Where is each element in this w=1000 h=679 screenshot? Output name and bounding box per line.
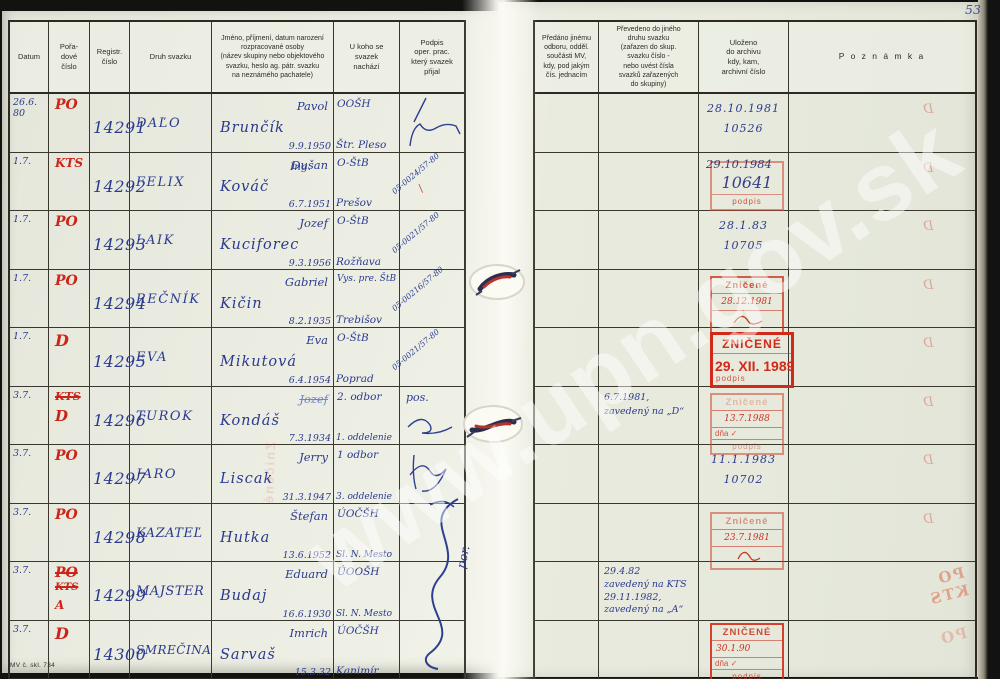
cell-podpis: 05-0021/57-80 xyxy=(400,211,464,269)
file-kind: PO xyxy=(55,448,78,464)
cell-datum: 3.7. xyxy=(10,621,49,679)
cell-podpis: 05-0024/57-80 ⁄ xyxy=(400,153,464,211)
holder-unit: ÚOOŠH xyxy=(337,566,379,578)
archive-entry: 28.1.83 10705 xyxy=(699,216,788,256)
stamp-signature xyxy=(714,311,780,327)
signature-scribble xyxy=(400,94,462,151)
table-row: 1.7. PO 14294 REČNÍK Kičin Gabriel 8.2.1… xyxy=(10,270,464,329)
print-through-ghost: D xyxy=(923,395,933,410)
code-name: KAZATEĽ xyxy=(136,526,203,541)
cell-ukoho: 2. odbor 1. oddelenie xyxy=(334,387,400,445)
file-kind: D xyxy=(55,407,68,425)
cell-poznamka: D xyxy=(789,153,975,211)
surname: Mikutová xyxy=(220,354,297,370)
col-header-jmeno: Jméno, příjmení, datum narození rozpraco… xyxy=(212,22,334,92)
cell-registr: 14298 xyxy=(90,504,130,562)
stamp-date: 30.1.90 xyxy=(712,640,782,658)
cell-datum: 1.7. xyxy=(10,211,49,269)
file-kind: KTS xyxy=(55,156,83,170)
cell-poznamka: D xyxy=(789,504,975,562)
file-kind: D xyxy=(55,624,69,643)
cell-registr: 14297 xyxy=(90,445,130,503)
table-row: 1.7. PO 14293 LAIK Kuciforec Jozef 9.3.1… xyxy=(10,211,464,270)
stamp-podpis-label: podpis xyxy=(712,670,782,679)
print-through-ghost: D xyxy=(923,512,933,527)
table-row: ZNIČENÉ 30.1.90 dňa ✓ podpis PO xyxy=(535,621,975,679)
table-row: 29.10.1984 10641 podpis D xyxy=(535,153,975,212)
col-header-ulozeno: Uloženo do archivu kdy, kam, archivní čí… xyxy=(699,22,789,92)
col-header-poradove: Pořa- dové číslo xyxy=(49,22,90,92)
binding-hole-bottom xyxy=(462,402,524,451)
cell-ukoho: ÚOČŠH Kanimír xyxy=(334,621,400,679)
cell-poznamka: D xyxy=(789,94,975,152)
cell-jmeno: Mikutová Eva 6.4.1954 xyxy=(212,328,334,386)
birth-date: 8.2.1935 xyxy=(289,316,331,327)
cell-jmeno: Sarvaš Imrich 15.3.32 xyxy=(212,621,334,679)
destroyed-stamp: ZNIČENÉ 30.1.90 dňa ✓ podpis xyxy=(710,623,784,679)
print-through-ghost: D xyxy=(923,102,933,117)
cell-ukoho: OOŠH Štr. Pleso xyxy=(334,94,400,152)
holder-place: Trebišov xyxy=(336,314,382,326)
file-kind-struck: PO xyxy=(55,565,78,581)
surname: Kuciforec xyxy=(220,237,299,253)
cell-poznamka: PO xyxy=(789,621,975,679)
cell-registr: 14293 xyxy=(90,211,130,269)
cell-poznamka: D xyxy=(789,387,975,445)
birth-date: 15.3.32 xyxy=(295,667,331,678)
print-through-ghost-strong: PO KTS xyxy=(922,564,971,609)
stamp-title: Zničené xyxy=(712,514,782,529)
entry-date: 1.7. xyxy=(13,331,31,342)
first-name: Jozef xyxy=(299,216,328,230)
cell-ulozeno: ZNIČENÉ 29. XII. 1989 podpis xyxy=(699,328,789,386)
file-kind: PO xyxy=(55,97,78,113)
archive-entry: 11.1.1983 10702 xyxy=(699,450,788,490)
entry-date: 3.7. xyxy=(13,565,31,576)
cell-predano xyxy=(535,328,599,386)
holder-place: Kanimír xyxy=(336,665,379,677)
cell-predano xyxy=(535,387,599,445)
cell-prevedeno xyxy=(599,94,699,152)
holder-unit: O-ŠtB xyxy=(337,157,369,169)
cell-jmeno: Hutka Štefan 13.6.1952 xyxy=(212,504,334,562)
holder-place: Rožňava xyxy=(336,256,381,268)
file-kind: PO xyxy=(55,273,78,289)
print-through-ghost: D xyxy=(923,278,933,293)
print-through-ghost: Zničené xyxy=(261,442,278,506)
destroyed-stamp: Zničené 28.12.1981 xyxy=(710,276,784,334)
holder-place: Štr. Pleso xyxy=(336,139,386,151)
ledger-right-page: Předáno jinému odboru, odděl. součásti M… xyxy=(498,2,980,677)
cell-ukoho: ÚOČŠH Sl. N. Mesto xyxy=(334,504,400,562)
surname: Kondáš xyxy=(220,413,280,429)
cell-prevedeno xyxy=(599,621,699,679)
print-through-ghost-strong: PO xyxy=(937,623,969,647)
entry-date: 1.7. xyxy=(13,273,31,284)
cell-poznamka: D xyxy=(789,270,975,328)
holder-unit: 1 odbor xyxy=(337,449,378,461)
stamp-title: ZNIČENÉ xyxy=(713,335,791,353)
signature-scribble xyxy=(400,445,462,502)
entry-date: 3.7. xyxy=(13,624,31,635)
cell-prevedeno xyxy=(599,270,699,328)
cell-predano xyxy=(535,270,599,328)
first-name: Jerry xyxy=(299,450,328,464)
page-number: 53 xyxy=(965,2,981,17)
cell-ukoho: O-ŠtB Poprad xyxy=(334,328,400,386)
cell-druh: LAIK xyxy=(130,211,212,269)
cell-ukoho: O-ŠtB Rožňava xyxy=(334,211,400,269)
holder-unit: ÚOČŠH xyxy=(337,508,379,520)
cell-datum: 3.7. xyxy=(10,445,49,503)
register-table-left: Datum Pořa- dové číslo Registr. číslo Dr… xyxy=(8,20,466,679)
table-row: 1.7. KTS 14292 FELIX Ing. Kováč Dušan 6.… xyxy=(10,153,464,212)
cell-registr: 14299 xyxy=(90,562,130,620)
cell-ulozeno xyxy=(699,562,789,620)
stamp-title: Zničené xyxy=(712,395,782,410)
col-header-poznamka: P o z n á m k a xyxy=(789,22,975,92)
cell-ulozeno: Zničené 28.12.1981 xyxy=(699,270,789,328)
cell-podpis xyxy=(400,445,464,503)
cell-predano xyxy=(535,445,599,503)
code-name: EVA xyxy=(136,350,168,365)
cell-kind: PO xyxy=(49,504,90,562)
stamp-check-mark: ✓ xyxy=(731,429,738,438)
stamp-dna-row: dňa ✓ xyxy=(712,428,782,440)
birth-date: 31.3.1947 xyxy=(283,492,331,503)
destroyed-stamp: Zničené 23.7.1981 xyxy=(710,512,784,570)
entry-date: 1.7. xyxy=(13,156,31,167)
stamp-title: ZNIČENÉ xyxy=(712,625,782,640)
entry-date: 3.7. xyxy=(13,448,31,459)
table-row: Zničené 28.12.1981 D xyxy=(535,270,975,329)
cell-ulozeno: Zničené 13.7.1988 dňa ✓ podpis xyxy=(699,387,789,445)
table-row: 29.4.82 zavedený na KTS 29.11.1982, zave… xyxy=(535,562,975,621)
cell-kind: PO xyxy=(49,270,90,328)
col-header-podpis: Podpis oper. prac. který svazek přijal xyxy=(400,22,464,92)
cell-druh: FELIX xyxy=(130,153,212,211)
cell-druh: SMREČINA xyxy=(130,621,212,679)
cell-poznamka: D xyxy=(789,328,975,386)
cell-datum: 26.6. 80 xyxy=(10,94,49,152)
cell-datum: 3.7. xyxy=(10,504,49,562)
archive-entry: 28.10.1981 10526 xyxy=(699,99,788,139)
cell-jmeno: Brunčík Pavol 9.9.1950 xyxy=(212,94,334,152)
col-header-ukoho: U koho se svazek nachází xyxy=(334,22,400,92)
cell-kind: PO xyxy=(49,94,90,152)
cell-prevedeno xyxy=(599,211,699,269)
table-row: 1.7. D 14295 EVA Mikutová Eva 6.4.1954 O… xyxy=(10,328,464,387)
stamp-dna-row: dňa ✓ xyxy=(712,658,782,670)
cell-registr: 14292 xyxy=(90,153,130,211)
cell-ukoho: 1 odbor 3. oddelenie xyxy=(334,445,400,503)
cell-kind: KTS xyxy=(49,153,90,211)
birth-date: 6.4.1954 xyxy=(289,375,331,386)
cell-ulozeno: 28.10.1981 10526 xyxy=(699,94,789,152)
cell-kind: D xyxy=(49,328,90,386)
cell-ukoho: O-ŠtB Prešov xyxy=(334,153,400,211)
first-name-struck: Jozef xyxy=(299,392,328,406)
stamp-dna-label: dňa xyxy=(715,429,728,438)
cell-datum: 1.7. xyxy=(10,270,49,328)
table-row: ZNIČENÉ 29. XII. 1989 podpis D xyxy=(535,328,975,387)
destroyed-stamp-large: ZNIČENÉ 29. XII. 1989 podpis xyxy=(710,332,794,388)
holder-place: Sl. N. Mesto xyxy=(336,550,392,560)
cell-registr: 14291 xyxy=(90,94,130,152)
first-name: Pavol xyxy=(297,99,328,113)
stamp-check-mark: ✓ xyxy=(731,659,738,668)
surname: Sarvaš xyxy=(220,647,276,663)
binding-hole-top xyxy=(468,261,526,308)
entry-date: 3.7. xyxy=(13,507,31,518)
code-name: FELIX xyxy=(136,175,185,190)
holder-unit: ÚOČŠH xyxy=(337,625,379,637)
holder-unit: 2. odbor xyxy=(337,391,381,403)
cell-jmeno: Kuciforec Jozef 9.3.1956 xyxy=(212,211,334,269)
cell-ulozeno: ZNIČENÉ 30.1.90 dňa ✓ podpis xyxy=(699,621,789,679)
cell-predano xyxy=(535,621,599,679)
cell-ukoho: Vys. pre. ŠtB Trebišov xyxy=(334,270,400,328)
entry-date: 3.7. xyxy=(13,390,31,401)
register-table-right: Předáno jinému odboru, odděl. součásti M… xyxy=(533,20,977,679)
transfer-note: 29.4.82 zavedený na KTS 29.11.1982, zave… xyxy=(604,566,687,617)
file-kind-struck-2: KTS xyxy=(55,582,78,593)
first-name: Eduard xyxy=(285,567,328,581)
cell-kind: PO KTS A xyxy=(49,562,90,620)
cell-prevedeno xyxy=(599,445,699,503)
stamp-date: 13.7.1988 xyxy=(712,410,782,428)
cell-predano xyxy=(535,211,599,269)
stamp-podpis-label: podpis xyxy=(712,194,782,208)
table-row: 6.7.1981, zavedený na „D“ Zničené 13.7.1… xyxy=(535,387,975,446)
surname: Hutka xyxy=(220,530,270,546)
cell-druh: MAJSTER xyxy=(130,562,212,620)
cell-poznamka: PO KTS xyxy=(789,562,975,620)
cell-podpis xyxy=(400,94,464,152)
cell-podpis: pos. xyxy=(400,387,464,445)
cell-druh: KAZATEĽ xyxy=(130,504,212,562)
cell-druh: DAĽO xyxy=(130,94,212,152)
code-name: SMREČINA xyxy=(136,643,211,657)
code-name: MAJSTER xyxy=(136,584,204,599)
cell-prevedeno xyxy=(599,504,699,562)
table-row: 3.7. KTS D 14296 TUROK Kondáš Jozef 7.3.… xyxy=(10,387,464,446)
code-name: DAĽO xyxy=(136,116,181,131)
cell-datum: 1.7. xyxy=(10,153,49,211)
transfer-note: 6.7.1981, zavedený na „D“ xyxy=(604,391,684,420)
col-header-druh: Druh svazku xyxy=(130,22,212,92)
page-stack-edge xyxy=(978,0,988,679)
surname: Kičin xyxy=(220,296,263,312)
cell-predano xyxy=(535,94,599,152)
file-kind-struck: KTS xyxy=(55,390,81,403)
cell-poznamka: D xyxy=(789,445,975,503)
cell-podpis: 05-00216/57-80 xyxy=(400,270,464,328)
table-row: 3.7. PO 14297 JARO Liscak Jerry 31.3.194… xyxy=(10,445,464,504)
cell-poznamka: D xyxy=(789,211,975,269)
surname: Kováč xyxy=(220,179,269,195)
archive-date: 29.10.1984 xyxy=(706,157,772,171)
col-header-datum: Datum xyxy=(10,22,49,92)
cell-jmeno: Budaj Eduard 16.6.1930 xyxy=(212,562,334,620)
destroyed-stamp: 29.10.1984 10641 podpis xyxy=(710,161,784,211)
holder-unit: O-ŠtB xyxy=(337,215,369,227)
cell-registr: 14294 xyxy=(90,270,130,328)
holder-place: Sl. N. Mesto xyxy=(336,609,392,619)
cell-jmeno: Kičin Gabriel 8.2.1935 xyxy=(212,270,334,328)
holder-place: Poprad xyxy=(336,373,374,385)
cell-ulozeno: 29.10.1984 10641 podpis xyxy=(699,153,789,211)
cell-predano xyxy=(535,504,599,562)
file-kind: PO xyxy=(55,214,78,230)
stamp-date: 23.7.1981 xyxy=(712,529,782,547)
table-row: 28.10.1981 10526 D xyxy=(535,94,975,153)
signature-note: pos. xyxy=(406,391,429,404)
col-header-registr: Registr. číslo xyxy=(90,22,130,92)
cell-druh: TUROK xyxy=(130,387,212,445)
table-row: Zničené 23.7.1981 D xyxy=(535,504,975,563)
print-through-ghost: D xyxy=(923,453,933,468)
file-kind: PO xyxy=(55,507,78,523)
code-name: TUROK xyxy=(136,409,193,424)
print-through-ghost: D xyxy=(923,336,933,351)
cell-registr: 14296 xyxy=(90,387,130,445)
cell-druh: JARO xyxy=(130,445,212,503)
cell-datum: 1.7. xyxy=(10,328,49,386)
birth-date: 7.3.1934 xyxy=(289,433,331,444)
print-through-ghost: D xyxy=(923,161,933,176)
cell-registr: 14295 xyxy=(90,328,130,386)
cell-kind: PO xyxy=(49,211,90,269)
col-header-prevedeno: Převedeno do jiného druhu svazku (zařaze… xyxy=(599,22,699,92)
stamp-dna-label: dňa xyxy=(715,659,728,668)
col-header-predano: Předáno jinému odboru, odděl. součásti M… xyxy=(535,22,599,92)
cell-registr: 14300 xyxy=(90,621,130,679)
cell-prevedeno xyxy=(599,153,699,211)
cell-ulozeno: 28.1.83 10705 xyxy=(699,211,789,269)
birth-date: 6.7.1951 xyxy=(289,199,331,210)
cell-ulozeno: Zničené 23.7.1981 xyxy=(699,504,789,562)
first-name: Dušan xyxy=(291,158,328,172)
table-header-left: Datum Pořa- dové číslo Registr. číslo Dr… xyxy=(10,22,464,94)
cell-datum: 3.7. xyxy=(10,562,49,620)
red-tick-mark: ⁄ xyxy=(415,183,428,193)
stamp-podpis-label: podpis xyxy=(712,440,782,453)
table-row: 3.7. PO KTS A 14299 MAJSTER Budaj Eduard… xyxy=(10,562,464,621)
birth-date: 16.6.1930 xyxy=(283,609,331,620)
table-header-right: Předáno jinému odboru, odděl. součásti M… xyxy=(535,22,975,94)
cell-jmeno: Ing. Kováč Dušan 6.7.1951 xyxy=(212,153,334,211)
code-name: LAIK xyxy=(136,233,175,248)
signature-flourish xyxy=(400,495,472,675)
surname: Brunčík xyxy=(220,120,285,136)
stamp-date: 28.12.1981 xyxy=(712,293,782,311)
signature-scribble xyxy=(400,409,460,439)
holder-place: Prešov xyxy=(336,197,372,209)
cell-kind: PO xyxy=(49,445,90,503)
holder-unit: O-ŠtB xyxy=(337,332,369,344)
ledger-left-page: Datum Pořa- dové číslo Registr. číslo Dr… xyxy=(2,11,498,673)
file-kind: A xyxy=(55,598,64,612)
cell-prevedeno: 6.7.1981, zavedený na „D“ xyxy=(599,387,699,445)
cell-predano xyxy=(535,562,599,620)
holder-unit: Vys. pre. ŠtB xyxy=(337,274,396,284)
entry-date: 26.6. 80 xyxy=(13,97,37,120)
table-row: 3.7. PO 14298 KAZATEĽ Hutka Štefan 13.6.… xyxy=(10,504,464,563)
print-through-ghost: D xyxy=(923,219,933,234)
cell-prevedeno xyxy=(599,328,699,386)
form-number: MV č. skl. 734 xyxy=(10,662,55,669)
code-name: JARO xyxy=(136,467,177,482)
table-row: 3.7. D 14300 SMREČINA Sarvaš Imrich 15.3… xyxy=(10,621,464,679)
holder-unit: OOŠH xyxy=(337,98,371,110)
surname: Budaj xyxy=(220,588,267,604)
entry-date: 1.7. xyxy=(13,214,31,225)
cell-kind: D xyxy=(49,621,90,679)
cell-prevedeno: 29.4.82 zavedený na KTS 29.11.1982, zave… xyxy=(599,562,699,620)
cell-kind: KTS D xyxy=(49,387,90,445)
holder-unit-2: 1. oddelenie xyxy=(336,433,392,443)
first-name: Imrich xyxy=(290,626,328,640)
table-row: 26.6. 80 PO 14291 DAĽO Brunčík Pavol 9.9… xyxy=(10,94,464,153)
first-name: Gabriel xyxy=(285,275,328,289)
first-name: Štefan xyxy=(290,509,328,523)
code-name: REČNÍK xyxy=(136,292,200,307)
stamp-signature xyxy=(714,547,780,563)
stamp-title: Zničené xyxy=(712,278,782,293)
birth-date: 13.6.1952 xyxy=(283,550,331,561)
destroyed-stamp: Zničené 13.7.1988 dňa ✓ podpis xyxy=(710,393,784,455)
cell-datum: 3.7. xyxy=(10,387,49,445)
cell-podpis: 05-0021/57-80 xyxy=(400,328,464,386)
holder-unit-2: 3. oddelenie xyxy=(336,492,392,502)
table-row: 28.1.83 10705 D xyxy=(535,211,975,270)
file-kind: D xyxy=(55,331,69,350)
cell-druh: REČNÍK xyxy=(130,270,212,328)
cell-predano xyxy=(535,153,599,211)
cell-druh: EVA xyxy=(130,328,212,386)
first-name: Eva xyxy=(306,333,328,347)
birth-date: 9.3.1956 xyxy=(289,258,331,269)
cell-ukoho: ÚOOŠH Sl. N. Mesto xyxy=(334,562,400,620)
cell-jmeno: Kondáš Jozef 7.3.1934 xyxy=(212,387,334,445)
birth-date: 9.9.1950 xyxy=(289,141,331,152)
